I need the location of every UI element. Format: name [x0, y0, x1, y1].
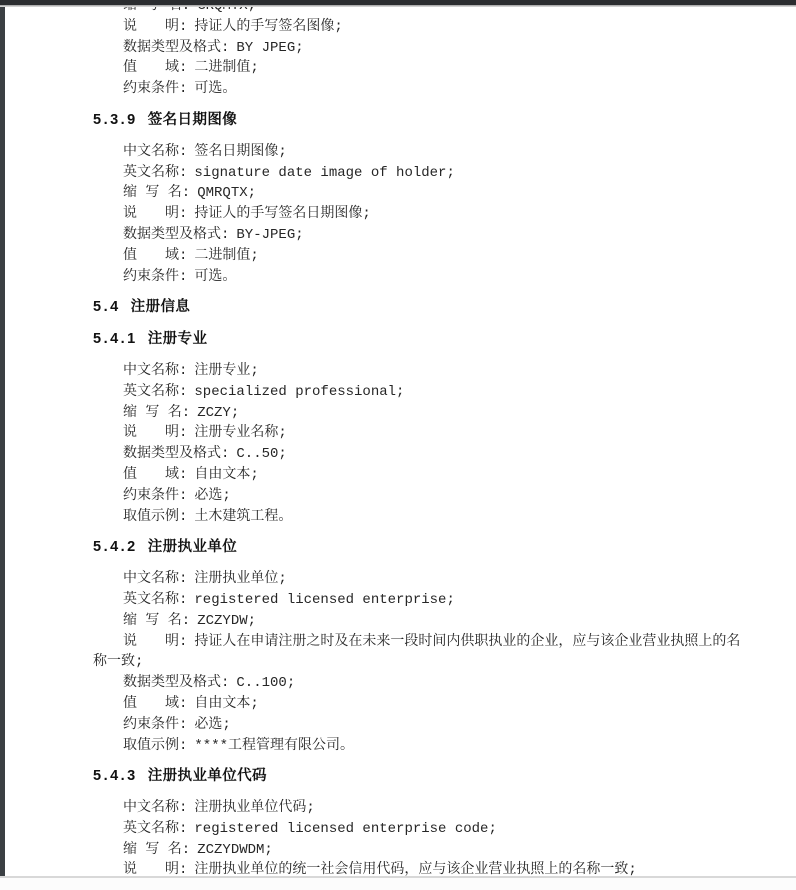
field-value: 二进制值; [194, 248, 258, 264]
field-label: 约束条件: [123, 269, 187, 285]
field-line: 取值示例:****工程管理有限公司。 [93, 736, 748, 757]
field-value: BY JPEG; [236, 40, 303, 56]
field-line: 英文名称:signature date image of holder; [93, 163, 748, 184]
field-line: 数据类型及格式:BY JPEG; [93, 38, 748, 59]
field-value: 必选; [194, 488, 230, 504]
field-label: 约束条件: [123, 81, 187, 97]
field-line: 缩 写 名:ZCZYDWDM; [93, 840, 748, 861]
field-label: 数据类型及格式: [123, 675, 229, 691]
field-line: 约束条件:必选; [93, 715, 748, 736]
field-value: 签名日期图像; [194, 144, 286, 160]
field-line: 中文名称:注册执业单位代码; [93, 798, 748, 819]
field-value: specialized professional; [194, 384, 404, 400]
field-block: 中文名称:注册专业;英文名称:specialized professional;… [93, 361, 748, 527]
field-line: 值 域:二进制值; [93, 58, 748, 79]
field-value: 必选; [194, 717, 230, 733]
section-number: 5.4.2 [93, 539, 138, 555]
field-value: signature date image of holder; [194, 165, 454, 181]
field-value: QMRQTX; [197, 185, 256, 201]
section-heading: 5.4.1注册专业 [93, 329, 748, 350]
field-value: registered licensed enterprise code; [194, 821, 496, 837]
section-heading: 5.4.2注册执业单位 [93, 537, 748, 558]
field-label: 英文名称: [123, 592, 187, 608]
field-label: 中文名称: [123, 571, 187, 587]
viewer-left-border [0, 7, 5, 876]
field-value: 持证人在申请注册之时及在未来一段时间内供职执业的企业，应与该企业营业执照上的名称… [93, 634, 740, 671]
field-value: 注册执业单位; [194, 571, 286, 587]
field-value: 持证人的手写签名图像; [194, 19, 342, 35]
field-line: 值 域:自由文本; [93, 465, 748, 486]
field-line: 约束条件:可选。 [93, 79, 748, 100]
field-label: 缩 写 名: [123, 842, 190, 858]
field-value: 持证人的手写签名日期图像; [194, 206, 370, 222]
field-block: 中文名称:签名日期图像;英文名称:signature date image of… [93, 142, 748, 288]
field-line: 说 明:持证人的手写签名图像; [93, 17, 748, 38]
field-label: 中文名称: [123, 800, 187, 816]
field-label: 说 明: [123, 19, 187, 35]
field-block: 中文名称:注册执业单位;英文名称:registered licensed ent… [93, 569, 748, 756]
field-block: 缩 写 名:GRQMTX;说 明:持证人的手写签名图像;数据类型及格式:BY J… [93, 0, 748, 100]
section-number: 5.4.1 [93, 331, 138, 347]
field-line: 值 域:自由文本; [93, 694, 748, 715]
field-label: 值 域: [123, 467, 187, 483]
field-label: 数据类型及格式: [123, 40, 229, 56]
field-line: 说 明:持证人在申请注册之时及在未来一段时间内供职执业的企业，应与该企业营业执照… [93, 632, 748, 674]
field-value: 可选。 [194, 81, 236, 97]
field-label: 中文名称: [123, 144, 187, 160]
document-page: 缩 写 名:GRQMTX;说 明:持证人的手写签名图像;数据类型及格式:BY J… [0, 0, 796, 878]
field-label: 取值示例: [123, 509, 187, 525]
field-line: 中文名称:签名日期图像; [93, 142, 748, 163]
field-label: 说 明: [123, 634, 187, 650]
field-value: ****工程管理有限公司。 [194, 738, 354, 754]
field-value: C..100; [236, 675, 295, 691]
field-value: ZCZYDW; [197, 613, 256, 629]
section-number: 5.4 [93, 299, 121, 315]
section-title: 注册专业 [148, 331, 208, 347]
field-value: 注册专业; [194, 363, 258, 379]
section-number: 5.4.3 [93, 768, 138, 784]
field-label: 数据类型及格式: [123, 446, 229, 462]
field-label: 缩 写 名: [123, 405, 190, 421]
field-label: 英文名称: [123, 165, 187, 181]
field-label: 数据类型及格式: [123, 227, 229, 243]
field-line: 数据类型及格式:BY-JPEG; [93, 225, 748, 246]
field-label: 取值示例: [123, 738, 187, 754]
section-heading: 5.4注册信息 [93, 297, 748, 318]
field-label: 值 域: [123, 248, 187, 264]
field-line: 说 明:注册专业名称; [93, 423, 748, 444]
field-line: 约束条件:必选; [93, 486, 748, 507]
field-value: 注册执业单位代码; [194, 800, 314, 816]
viewer-bottom-edge [0, 876, 796, 890]
field-value: 二进制值; [194, 60, 258, 76]
field-label: 缩 写 名: [123, 613, 190, 629]
section-title: 签名日期图像 [148, 112, 237, 128]
field-value: 自由文本; [194, 467, 258, 483]
field-line: 值 域:二进制值; [93, 246, 748, 267]
field-label: 值 域: [123, 60, 187, 76]
section-heading: 5.4.3注册执业单位代码 [93, 766, 748, 787]
field-value: BY-JPEG; [236, 227, 303, 243]
field-label: 说 明: [123, 206, 187, 222]
field-line: 缩 写 名:ZCZY; [93, 403, 748, 424]
field-value: ZCZY; [197, 405, 239, 421]
field-value: 可选。 [194, 269, 236, 285]
section-number: 5.3.9 [93, 112, 138, 128]
field-line: 约束条件:可选。 [93, 267, 748, 288]
field-label: 缩 写 名: [123, 185, 190, 201]
field-value: C..50; [236, 446, 286, 462]
field-value: 土木建筑工程。 [194, 509, 292, 525]
field-line: 取值示例:土木建筑工程。 [93, 507, 748, 528]
field-line: 数据类型及格式:C..100; [93, 673, 748, 694]
section-title: 注册执业单位 [148, 539, 237, 555]
section-title: 注册信息 [131, 299, 191, 315]
viewer-top-bar-shadow [0, 5, 796, 7]
section-heading: 5.3.9签名日期图像 [93, 110, 748, 131]
field-label: 约束条件: [123, 488, 187, 504]
field-line: 中文名称:注册执业单位; [93, 569, 748, 590]
field-label: 说 明: [123, 425, 187, 441]
field-label: 英文名称: [123, 821, 187, 837]
field-value: ZCZYDWDM; [197, 842, 273, 858]
field-line: 缩 写 名:QMRQTX; [93, 183, 748, 204]
field-line: 数据类型及格式:C..50; [93, 444, 748, 465]
document-content: 缩 写 名:GRQMTX;说 明:持证人的手写签名图像;数据类型及格式:BY J… [93, 0, 748, 881]
field-value: registered licensed enterprise; [194, 592, 454, 608]
field-label: 英文名称: [123, 384, 187, 400]
field-value: 注册专业名称; [194, 425, 286, 441]
field-label: 中文名称: [123, 363, 187, 379]
section-title: 注册执业单位代码 [148, 768, 267, 784]
field-line: 中文名称:注册专业; [93, 361, 748, 382]
field-line: 说 明:持证人的手写签名日期图像; [93, 204, 748, 225]
field-line: 英文名称:registered licensed enterprise code… [93, 819, 748, 840]
field-line: 缩 写 名:ZCZYDW; [93, 611, 748, 632]
field-line: 英文名称:registered licensed enterprise; [93, 590, 748, 611]
field-line: 英文名称:specialized professional; [93, 382, 748, 403]
field-value: 自由文本; [194, 696, 258, 712]
field-label: 约束条件: [123, 717, 187, 733]
field-label: 值 域: [123, 696, 187, 712]
field-block: 中文名称:注册执业单位代码;英文名称:registered licensed e… [93, 798, 748, 881]
